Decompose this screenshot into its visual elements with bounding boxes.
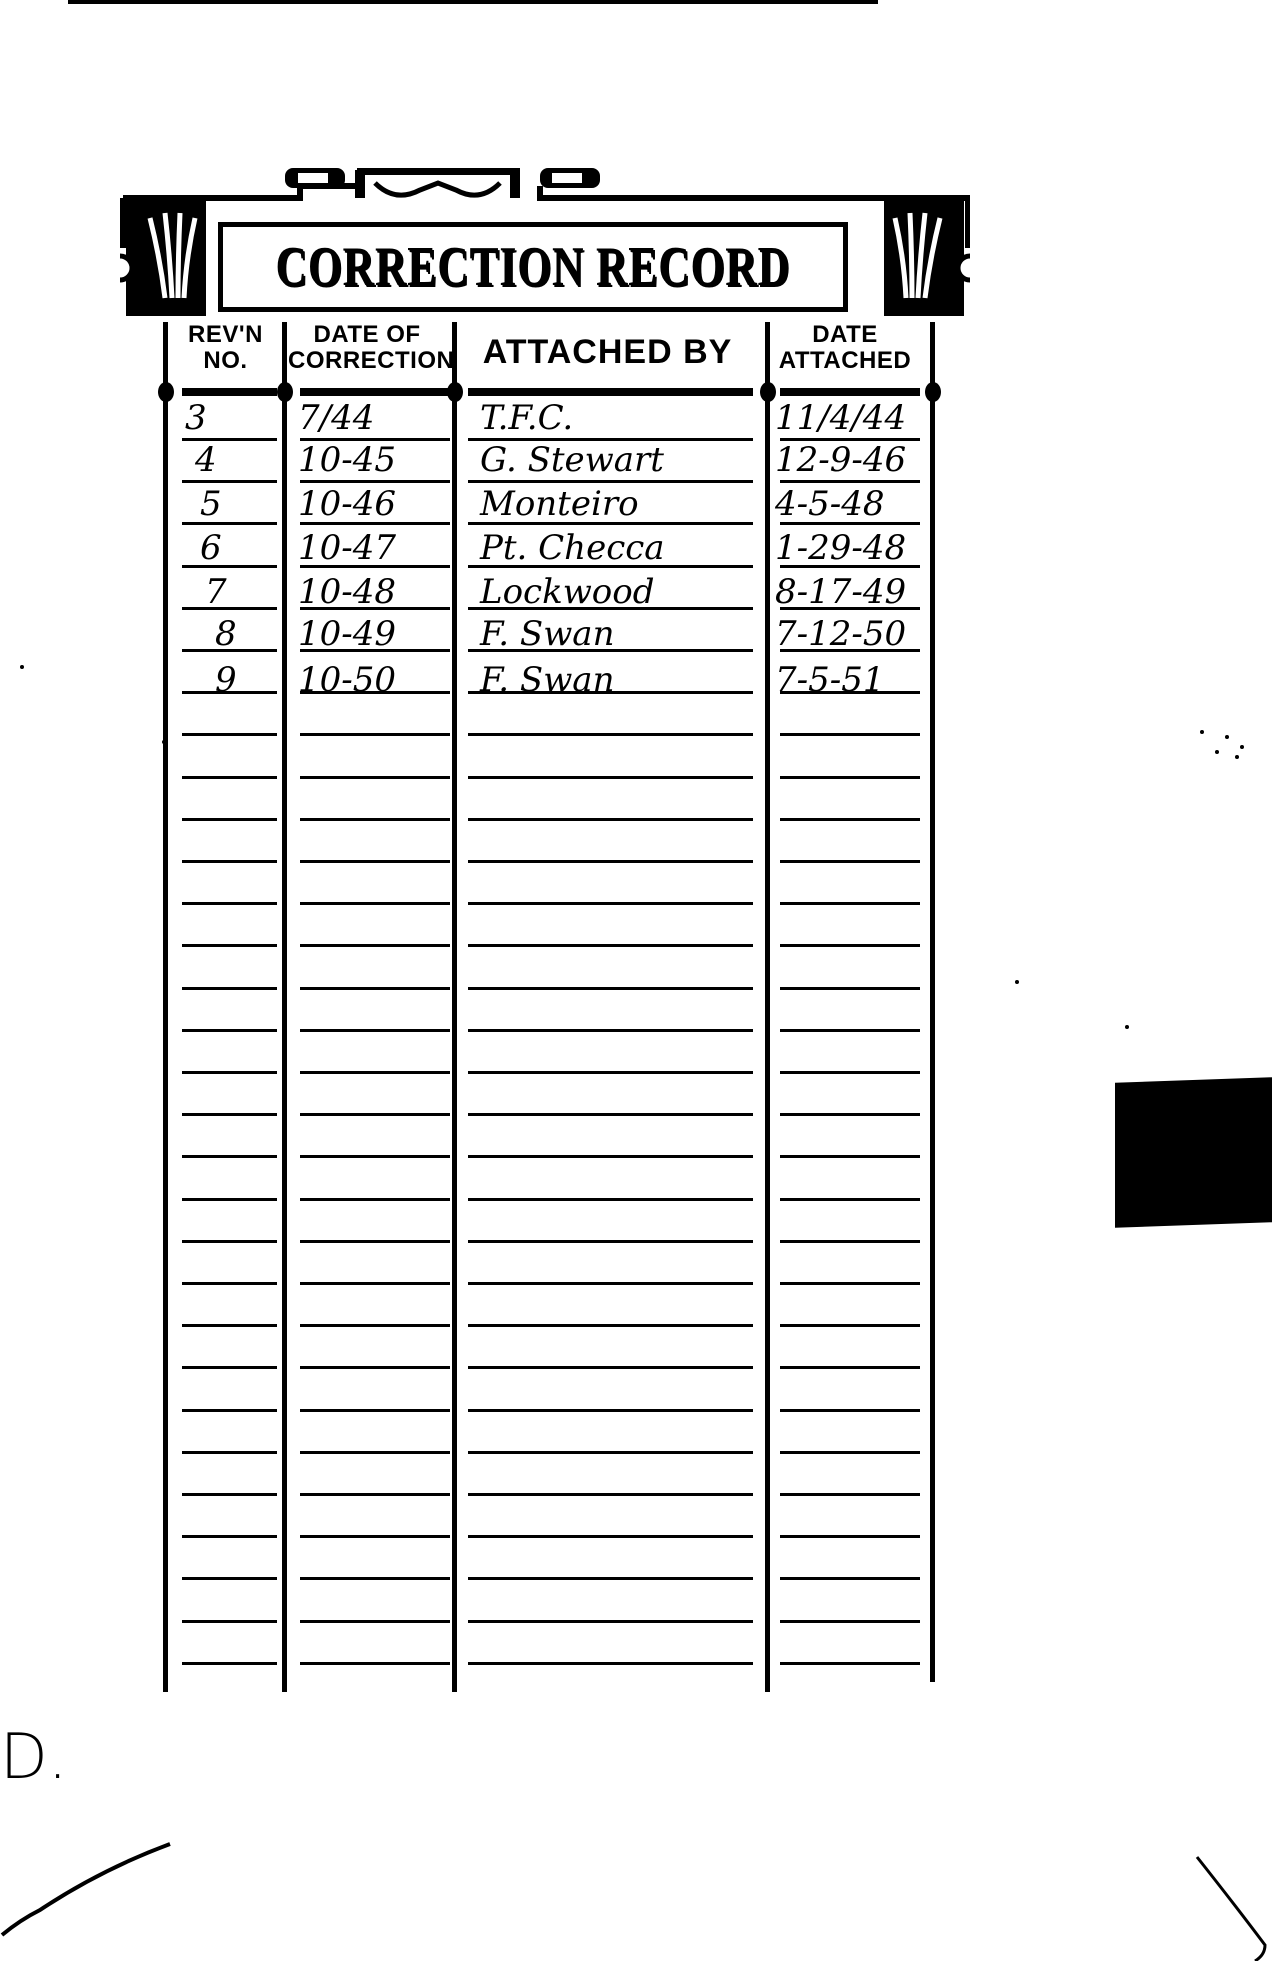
ruled-line <box>182 1282 277 1285</box>
ruled-line <box>182 1198 277 1201</box>
ruled-line <box>182 565 277 568</box>
curve-mark-icon <box>1195 1855 1272 1961</box>
ruled-line <box>468 1451 753 1454</box>
ruled-line <box>300 1662 450 1665</box>
ruled-line <box>780 1366 920 1369</box>
column-header-line: DATE OF <box>288 322 446 348</box>
header-bar <box>300 388 450 396</box>
column-header-line: ATTACHED <box>770 348 920 374</box>
ruled-line <box>182 1451 277 1454</box>
ruled-line <box>300 1282 450 1285</box>
date-of-correction: 10-49 <box>298 614 396 654</box>
date-of-correction: 10-48 <box>298 572 396 612</box>
ruled-line <box>182 1493 277 1496</box>
ruled-line <box>300 1198 450 1201</box>
ruled-line <box>300 1071 450 1074</box>
ruled-line <box>468 1029 753 1032</box>
scan-speck <box>1235 755 1239 759</box>
ruled-line <box>300 1493 450 1496</box>
scan-blot <box>1115 1077 1272 1227</box>
ruled-line <box>182 1029 277 1032</box>
column-divider <box>765 322 770 1692</box>
ruled-line <box>182 944 277 947</box>
ruled-line <box>468 902 753 905</box>
ruled-line <box>300 1366 450 1369</box>
header-bar <box>780 388 920 396</box>
ruled-line <box>468 1071 753 1074</box>
attached-by: Pt. Checca <box>480 528 665 568</box>
column-header-line: ATTACHED BY <box>460 322 755 382</box>
ruled-line <box>780 860 920 863</box>
form-title-box: CORRECTION RECORD <box>218 222 848 312</box>
ruled-line <box>780 1071 920 1074</box>
ruled-line <box>780 1282 920 1285</box>
ruled-line <box>300 818 450 821</box>
ruled-line <box>182 607 277 610</box>
ruled-line <box>780 944 920 947</box>
ruled-line <box>300 987 450 990</box>
column-header-date-attached: DATE ATTACHED <box>770 322 920 384</box>
ruled-line <box>780 733 920 736</box>
date-of-correction: 10-47 <box>298 528 396 568</box>
ruled-line <box>182 733 277 736</box>
ruled-line <box>468 1662 753 1665</box>
ruled-line <box>780 902 920 905</box>
ruled-line <box>780 1451 920 1454</box>
ruled-line <box>182 1620 277 1623</box>
ruled-line <box>780 987 920 990</box>
ruled-line <box>468 1493 753 1496</box>
ruled-line <box>468 1535 753 1538</box>
scan-speck <box>162 740 166 744</box>
ruled-line <box>300 902 450 905</box>
ruled-line <box>182 1240 277 1243</box>
ruled-line <box>780 480 920 483</box>
rev-number: 3 <box>185 398 207 438</box>
date-of-correction: 7/44 <box>298 398 374 438</box>
ruled-line <box>468 1113 753 1116</box>
date-attached: 4-5-48 <box>775 484 885 524</box>
rev-number: 6 <box>200 528 222 568</box>
ruled-line <box>300 1409 450 1412</box>
attached-by: T.F.C. <box>480 398 573 438</box>
ruled-line <box>468 1366 753 1369</box>
scan-speck <box>1125 1025 1129 1029</box>
column-header-line: NO. <box>178 348 273 374</box>
scan-speck <box>1240 745 1244 749</box>
date-attached: 7-12-50 <box>775 614 906 654</box>
rev-number: 7 <box>205 572 227 612</box>
ruled-line <box>182 1662 277 1665</box>
column-header-line: DATE <box>770 322 920 348</box>
attached-by: G. Stewart <box>480 440 664 480</box>
rev-number: 4 <box>195 440 217 480</box>
ruled-line <box>468 860 753 863</box>
ruled-line <box>780 776 920 779</box>
ruled-line <box>468 987 753 990</box>
ruled-line <box>182 1577 277 1580</box>
ruled-line <box>182 776 277 779</box>
column-header-attached-by: ATTACHED BY <box>460 322 755 384</box>
ruled-line <box>182 818 277 821</box>
ruled-line <box>300 860 450 863</box>
ruled-line <box>780 1409 920 1412</box>
ruled-line <box>780 1324 920 1327</box>
pillar-knob-icon <box>760 382 776 402</box>
ruled-line <box>300 1155 450 1158</box>
curve-mark-icon <box>0 1840 180 1940</box>
ruled-line <box>182 1535 277 1538</box>
date-attached: 7-5-51 <box>775 660 885 700</box>
scan-speck <box>1200 730 1204 734</box>
ruled-line <box>300 1620 450 1623</box>
ruled-line <box>780 1662 920 1665</box>
ruled-line <box>780 1029 920 1032</box>
ruled-line <box>780 818 920 821</box>
column-divider <box>282 322 287 1692</box>
ruled-line <box>182 480 277 483</box>
attached-by: F. Swan <box>480 660 614 700</box>
margin-note: D. <box>0 1720 67 1793</box>
ruled-line <box>182 987 277 990</box>
ruled-line <box>300 776 450 779</box>
date-of-correction: 10-46 <box>298 484 396 524</box>
ruled-line <box>182 1324 277 1327</box>
ruled-line <box>300 1113 450 1116</box>
date-attached: 1-29-48 <box>775 528 906 568</box>
date-attached: 12-9-46 <box>775 440 906 480</box>
ruled-line <box>300 480 450 483</box>
ruled-line <box>468 1240 753 1243</box>
ruled-line <box>300 1029 450 1032</box>
ruled-line <box>182 522 277 525</box>
ruled-line <box>182 860 277 863</box>
ruled-line <box>468 776 753 779</box>
date-attached: 8-17-49 <box>775 572 906 612</box>
attached-by: Lockwood <box>480 572 655 612</box>
ruled-line <box>300 944 450 947</box>
form-title: CORRECTION RECORD <box>276 235 790 299</box>
scan-speck <box>1225 735 1229 739</box>
ruled-line <box>780 1240 920 1243</box>
ruled-line <box>780 1577 920 1580</box>
ruled-line <box>780 1155 920 1158</box>
ruled-line <box>468 1324 753 1327</box>
pillar-knob-icon <box>277 382 293 402</box>
scan-speck <box>1215 750 1219 754</box>
date-of-correction: 10-50 <box>298 660 396 700</box>
header-bar <box>468 388 753 396</box>
column-header-line: REV'N <box>178 322 273 348</box>
rev-number: 5 <box>200 484 222 524</box>
ruled-line <box>300 1577 450 1580</box>
ruled-line <box>468 1155 753 1158</box>
ruled-line <box>300 1324 450 1327</box>
ruled-line <box>468 1577 753 1580</box>
ruled-line <box>182 1366 277 1369</box>
date-of-correction: 10-45 <box>298 440 396 480</box>
ruled-line <box>780 1113 920 1116</box>
ruled-line <box>182 1155 277 1158</box>
ruled-line <box>300 1535 450 1538</box>
scan-speck <box>1015 980 1019 984</box>
ruled-line <box>468 1620 753 1623</box>
column-header-rev-no: REV'N NO. <box>178 322 273 384</box>
date-attached: 11/4/44 <box>775 398 906 438</box>
rev-number: 9 <box>215 660 237 700</box>
ruled-line <box>780 1493 920 1496</box>
ruled-line <box>468 733 753 736</box>
ruled-line <box>468 944 753 947</box>
attached-by: F. Swan <box>480 614 614 654</box>
ruled-line <box>182 1113 277 1116</box>
ruled-line <box>182 902 277 905</box>
ruled-line <box>468 1409 753 1412</box>
ruled-line <box>780 1620 920 1623</box>
ruled-line <box>182 1071 277 1074</box>
pillar-knob-icon <box>925 382 941 402</box>
scan-speck <box>20 665 24 669</box>
ruled-line <box>182 1409 277 1412</box>
column-divider <box>452 322 457 1692</box>
ruled-line <box>780 1198 920 1201</box>
ruled-line <box>468 818 753 821</box>
attached-by: Monteiro <box>480 484 639 524</box>
column-header-line: CORRECTION <box>288 348 446 374</box>
column-header-date-of-correction: DATE OF CORRECTION <box>288 322 446 384</box>
pillar-knob-icon <box>158 382 174 402</box>
column-divider <box>163 322 168 1692</box>
header-bar <box>182 388 277 396</box>
rev-number: 8 <box>215 614 237 654</box>
ruled-line <box>468 480 753 483</box>
ruled-line <box>300 1240 450 1243</box>
column-divider <box>930 322 935 1682</box>
ruled-line <box>468 1198 753 1201</box>
ruled-line <box>300 1451 450 1454</box>
ruled-line <box>300 733 450 736</box>
top-rule <box>68 0 878 4</box>
ruled-line <box>780 1535 920 1538</box>
ruled-line <box>468 1282 753 1285</box>
